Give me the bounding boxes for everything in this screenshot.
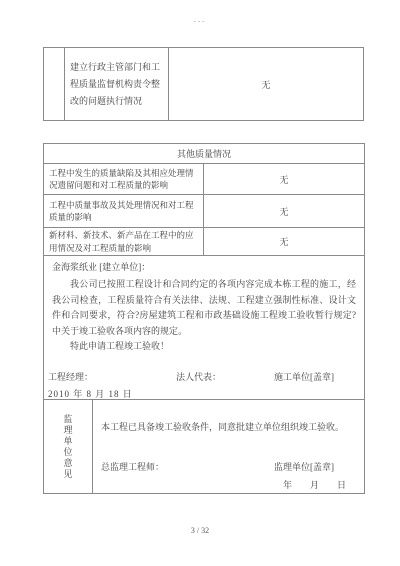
page-top-mark: --- xyxy=(0,17,400,25)
quality-row-value: 无 xyxy=(204,164,364,194)
inspection-continuation-table: 建立行政主管部门和工程质量监督机构责令整改的问题执行情况 无 xyxy=(43,47,364,121)
application-closing-text: 特此申请工程竣工验收！ xyxy=(52,339,356,355)
page-number: 3 / 32 xyxy=(0,526,400,535)
document-page: --- 建立行政主管部门和工程质量监督机构责令整改的问题执行情况 无 其他质量情… xyxy=(0,0,400,566)
supervisor-content-cell: 本工程已具备竣工验收条件，同意批建立单位组织竣工验收。 总监理工程师： 监理单位… xyxy=(93,400,364,493)
supervisor-side-label: 监理单位意见 xyxy=(63,414,74,480)
table-row: 新材料、新技术、新产品在工程中的应用情况及对工程质量的影响 无 xyxy=(44,228,364,256)
builder-seal-label: 施工单位[盖章] xyxy=(274,370,334,383)
construction-unit-line: 金海浆纸业 [建立单位]： xyxy=(52,261,356,274)
quality-row-label: 工程中质量事故及其处理情况和对工程质量的影响 xyxy=(44,195,204,227)
project-manager-label: 工程经理： xyxy=(48,370,93,383)
legal-representative-label: 法人代表： xyxy=(176,370,221,383)
quality-row-label: 工程中发生的质量缺陷及其相应处理情况遗留问题和对工程质量的影响 xyxy=(44,164,204,194)
application-statement-cell: 金海浆纸业 [建立单位]： 我公司已按照工程设计和合同约定的各项内容完成本栋工程… xyxy=(44,256,364,400)
supervisor-side-cell: 监理单位意见 xyxy=(44,400,93,493)
inspection-number-cell xyxy=(44,48,65,120)
quality-row-label: 新材料、新技术、新产品在工程中的应用情况及对工程质量的影响 xyxy=(44,228,204,255)
quality-application-table: 其他质量情况 工程中发生的质量缺陷及其相应处理情况遗留问题和对工程质量的影响 无… xyxy=(43,143,365,494)
quality-row-value: 无 xyxy=(204,195,364,227)
quality-row-value: 无 xyxy=(204,228,364,255)
table-row: 工程中质量事故及其处理情况和对工程质量的影响 无 xyxy=(44,195,364,228)
signature-row: 工程经理： 法人代表： 施工单位[盖章] xyxy=(44,370,364,382)
application-body-text: 我公司已按照工程设计和合同约定的各项内容完成本栋工程的施工，经我公司检查，工程质… xyxy=(52,277,356,339)
chief-engineer-label: 总监理工程师： xyxy=(101,460,164,473)
supervisor-date-blank: 年 月 日 xyxy=(283,478,346,491)
table-row: 工程中发生的质量缺陷及其相应处理情况遗留问题和对工程质量的影响 无 xyxy=(44,164,364,195)
application-date: 2010 年 8 月 18 日 xyxy=(48,387,133,400)
supervisor-seal-label: 监理单位[盖章] xyxy=(274,460,334,473)
supervisor-opinion-text: 本工程已具备竣工验收条件，同意批建立单位组织竣工验收。 xyxy=(101,421,358,433)
quality-table-title: 其他质量情况 xyxy=(44,144,364,164)
inspection-label-cell: 建立行政主管部门和工程质量监督机构责令整改的问题执行情况 xyxy=(65,48,169,120)
inspection-value-cell: 无 xyxy=(169,48,363,120)
supervisor-opinion-row: 监理单位意见 本工程已具备竣工验收条件，同意批建立单位组织竣工验收。 总监理工程… xyxy=(44,400,364,493)
